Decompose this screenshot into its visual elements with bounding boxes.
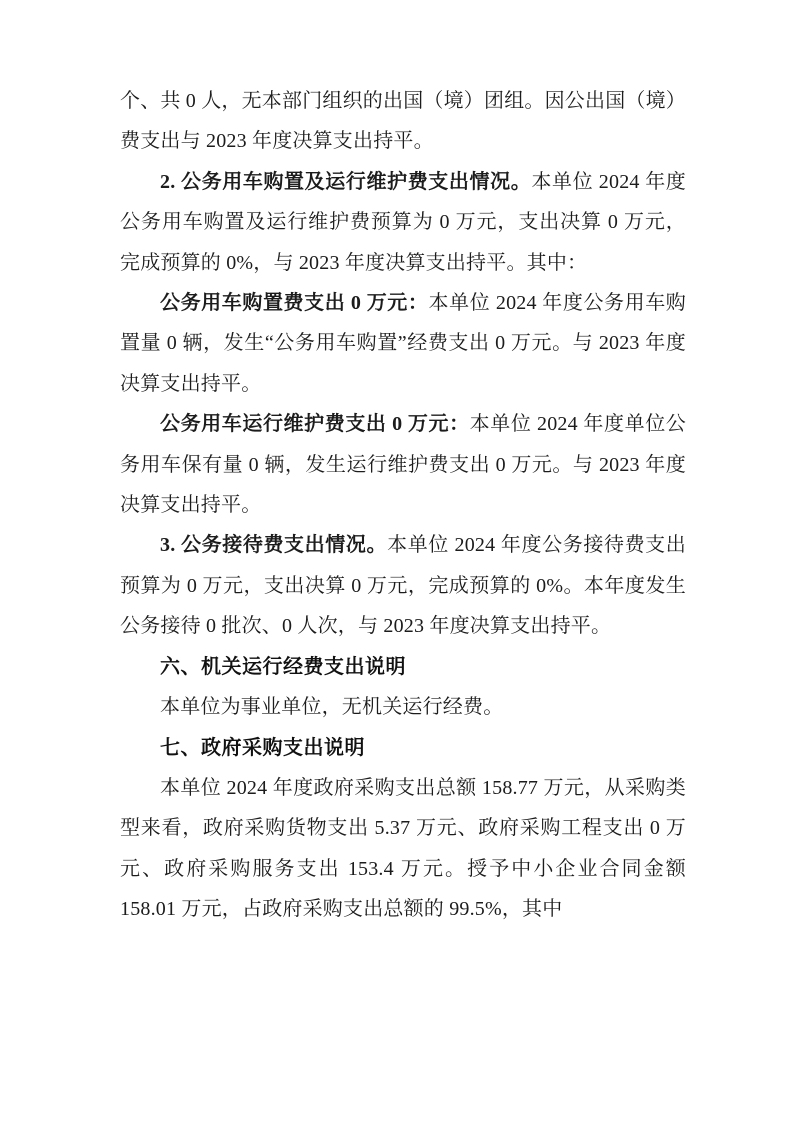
bold-lead-text: 七、政府采购支出说明: [160, 737, 365, 759]
body-text: 本单位 2024 年度政府采购支出总额 158.77 万元，从采购类型来看，政府…: [120, 777, 686, 920]
text-block: 个、共 0 人，无本部门组织的出国（境）团组。因公出国（境）费支出与 2023 …: [120, 81, 686, 930]
paragraph: 公务用车运行维护费支出 0 万元：本单位 2024 年度单位公务用车保有量 0 …: [120, 404, 686, 525]
paragraph: 2. 公务用车购置及运行维护费支出情况。本单位 2024 年度公务用车购置及运行…: [120, 162, 686, 283]
bold-lead-text: 2. 公务用车购置及运行维护费支出情况。: [160, 171, 531, 193]
bold-lead-text: 3. 公务接待费支出情况。: [160, 534, 387, 556]
paragraph: 个、共 0 人，无本部门组织的出国（境）团组。因公出国（境）费支出与 2023 …: [120, 81, 686, 162]
bold-lead-text: 六、机关运行经费支出说明: [160, 656, 406, 678]
document-page: 个、共 0 人，无本部门组织的出国（境）团组。因公出国（境）费支出与 2023 …: [0, 0, 793, 1122]
paragraph: 3. 公务接待费支出情况。本单位 2024 年度公务接待费支出预算为 0 万元，…: [120, 525, 686, 646]
section-heading: 六、机关运行经费支出说明: [120, 647, 686, 687]
body-text: 个、共 0 人，无本部门组织的出国（境）团组。因公出国（境）费支出与 2023 …: [120, 90, 686, 152]
section-heading: 七、政府采购支出说明: [120, 728, 686, 768]
paragraph: 本单位为事业单位，无机关运行经费。: [120, 687, 686, 727]
body-text: 本单位为事业单位，无机关运行经费。: [160, 696, 503, 718]
bold-lead-text: 公务用车运行维护费支出 0 万元：: [160, 413, 470, 435]
bold-lead-text: 公务用车购置费支出 0 万元：: [160, 292, 429, 314]
paragraph: 公务用车购置费支出 0 万元：本单位 2024 年度公务用车购置量 0 辆，发生…: [120, 283, 686, 404]
paragraph: 本单位 2024 年度政府采购支出总额 158.77 万元，从采购类型来看，政府…: [120, 768, 686, 930]
